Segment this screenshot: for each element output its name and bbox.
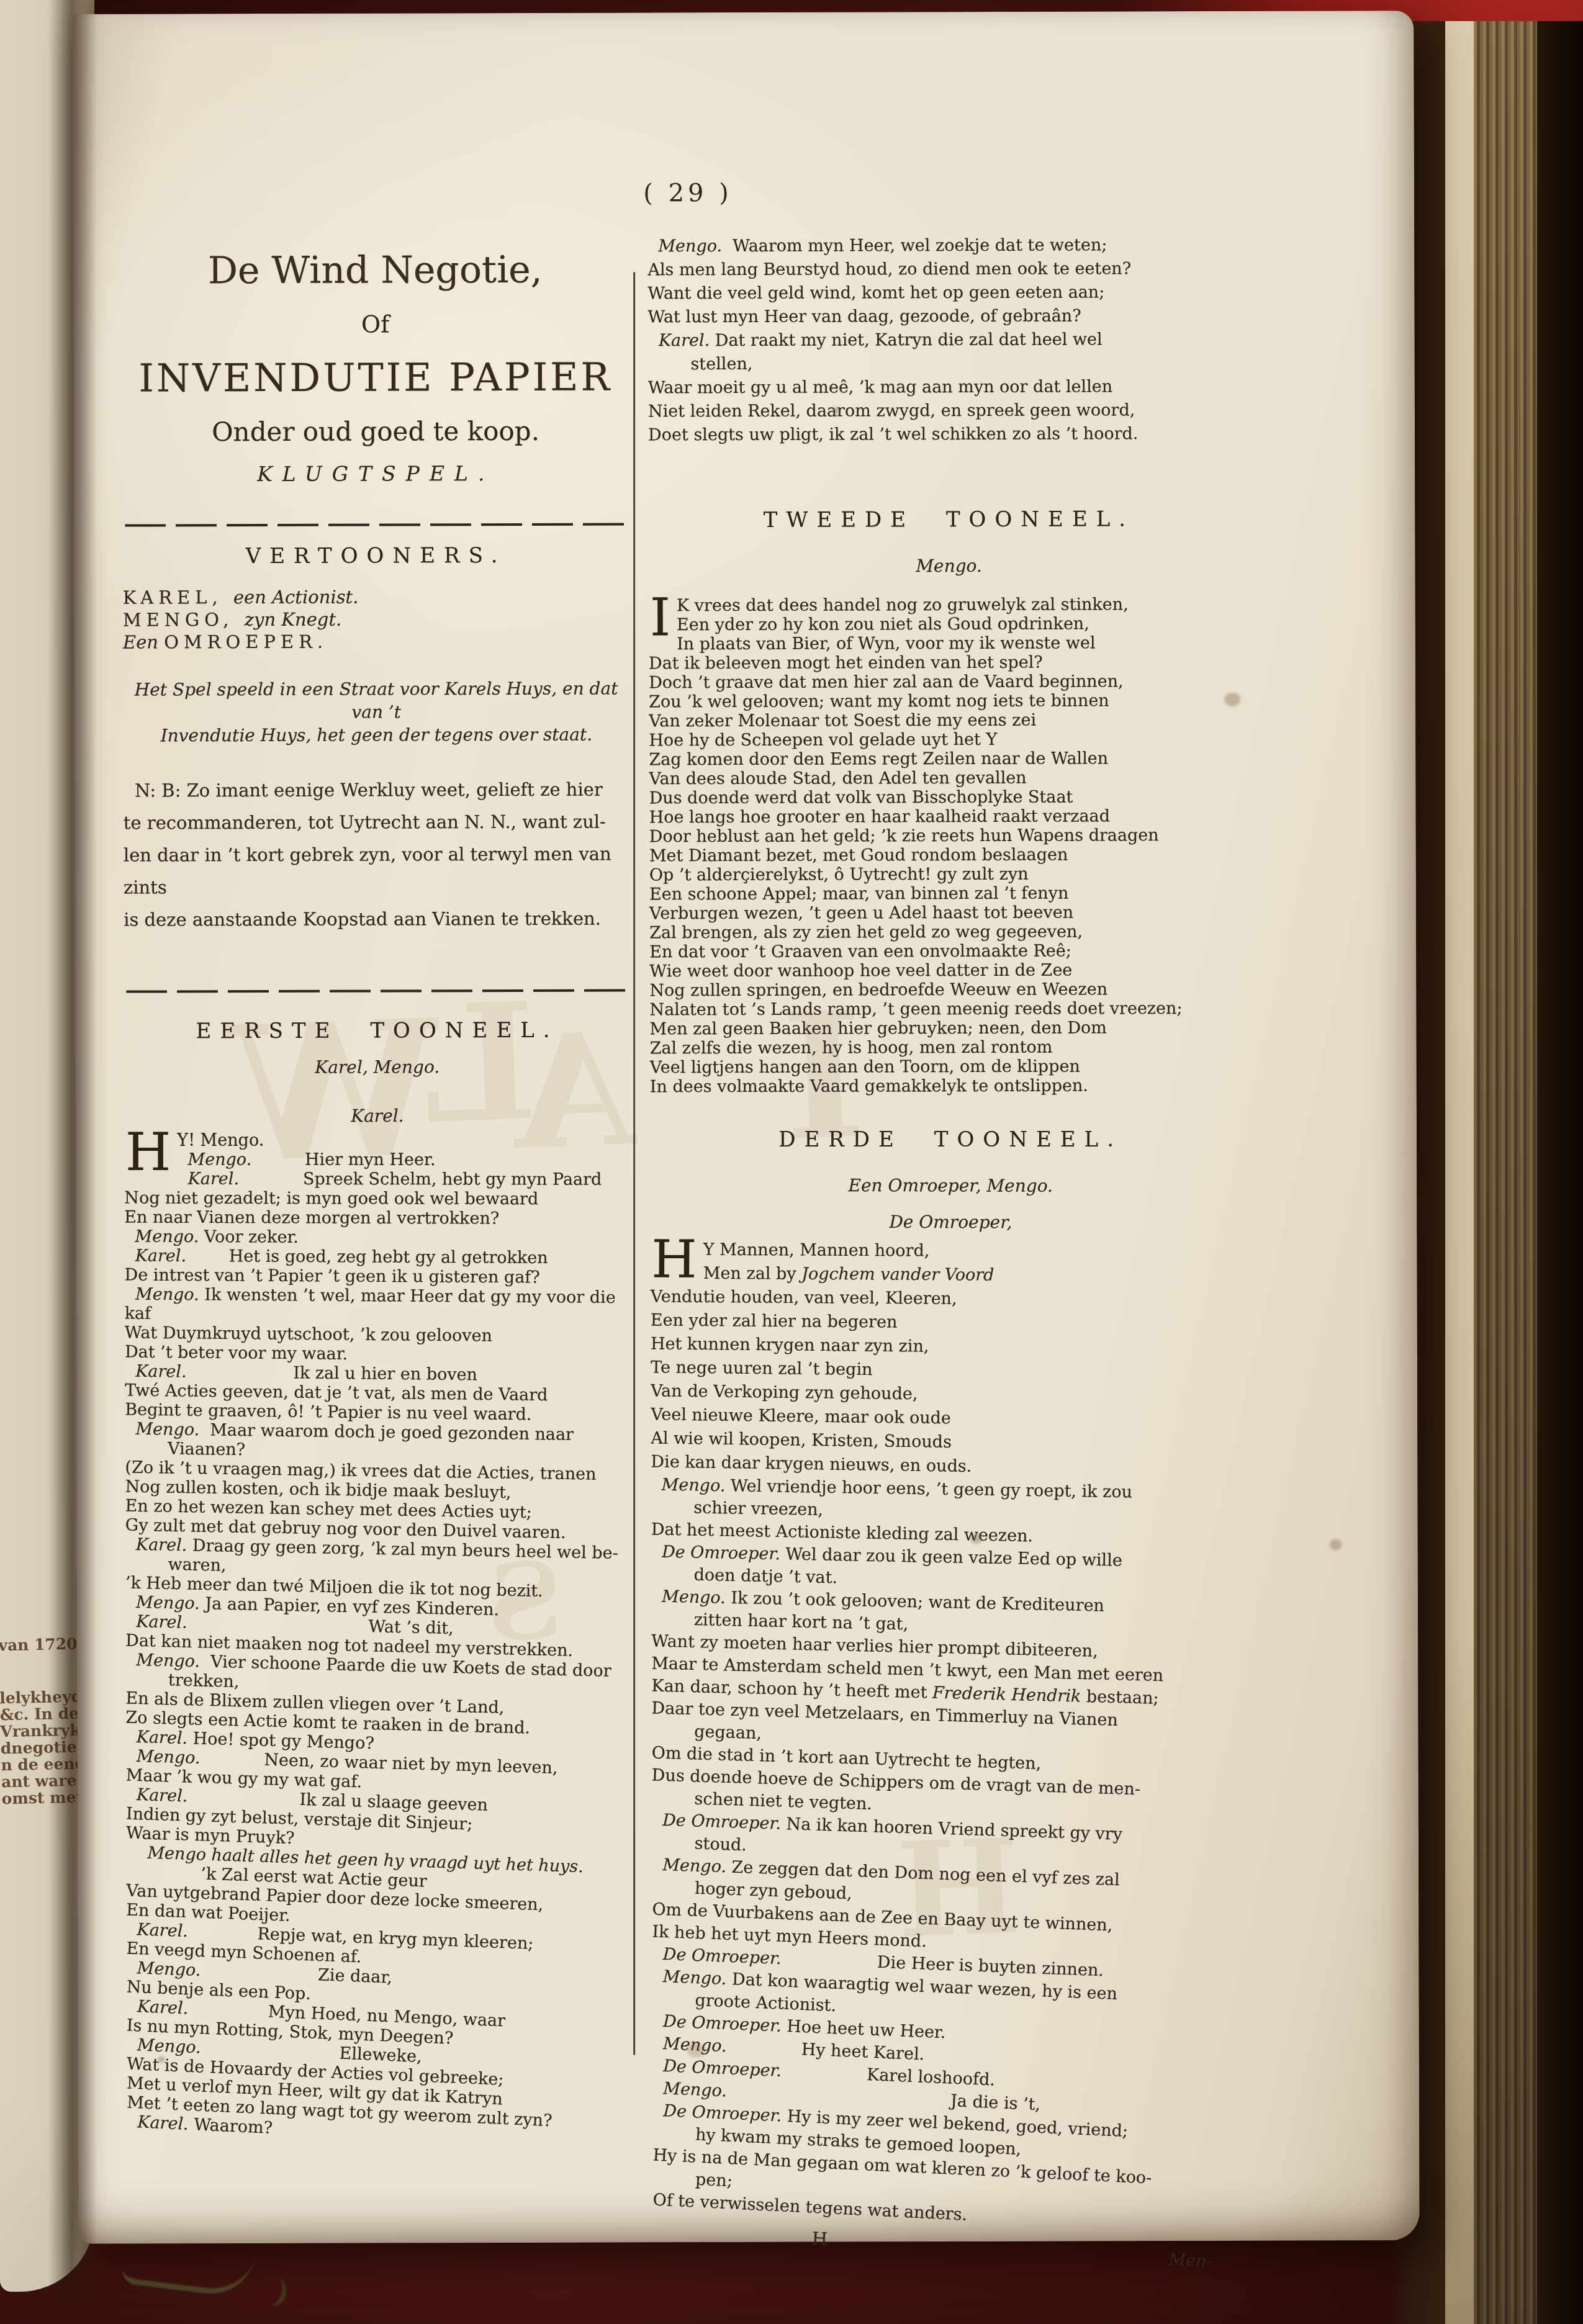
text-line: Van zeker Molenaar tot Soest die my eens… xyxy=(649,710,1250,731)
left-column: De Wind Negotie,OfINVENDUTIE PAPIEROnder… xyxy=(122,236,633,2131)
facing-fragment: ant waren xyxy=(1,1772,78,1791)
book-spread-photo: van 1720lelykheyd&c. In deVrankrykdnegot… xyxy=(0,0,1583,2324)
text-line: Nog zullen springen, en bedroefde Weeuw … xyxy=(649,980,1250,1001)
text-line: N: B: Zo imant eenige Werkluy weet, geli… xyxy=(124,773,630,806)
text-line: Men zal by Jogchem vander Voord xyxy=(651,1261,1252,1289)
fore-edge-dark-band xyxy=(1537,21,1583,2324)
text-line: Een schoone Appel; maar, van binnen zal … xyxy=(649,883,1250,904)
text-line: Vendutie houden, van veel, Kleeren, xyxy=(651,1285,1252,1313)
facing-fragment: Vrankryk xyxy=(0,1722,76,1741)
rule-divider xyxy=(126,989,628,993)
text-line: Karel, Mengo. xyxy=(124,1056,631,1078)
text-line: Door heblust aan het geld; ’k zie reets … xyxy=(649,826,1250,847)
text-line: IK vrees dat dees handel nog zo gruwelyk… xyxy=(649,595,1250,616)
facing-fragment: n de eene xyxy=(1,1755,77,1774)
text-line: Op ’t alderçierelykst, ô Uytrecht! gy zu… xyxy=(649,864,1250,885)
foxing-spot xyxy=(971,1534,982,1544)
text-line: Een Omroeper, Mengo. xyxy=(650,1174,1251,1197)
text-line: Mengo. Voor zeker. xyxy=(124,1227,631,1248)
text-line: is deze aanstaande Koopstad aan Vianen t… xyxy=(124,902,630,935)
text-line: Mengo. xyxy=(649,555,1250,578)
text-line: len daar in ’t kort gebrek zyn, voor al … xyxy=(124,837,630,903)
show-through-layer: WLAISH xyxy=(73,11,1414,14)
text-line: Verburgen wezen, ’t geen u Adel haast to… xyxy=(649,903,1250,924)
rule-divider xyxy=(125,523,626,527)
text-line: KLUGTSPEL. xyxy=(122,459,629,488)
text-line: Waar moeit gy u al meê, ’k mag aan myn o… xyxy=(648,375,1249,400)
text-line: Nalaten tot ’s Lands ramp, ’t geen meeni… xyxy=(649,999,1250,1020)
text-line: Van dees aloude Stad, den Adel ten geval… xyxy=(649,768,1250,789)
text-line: INVENDUTIE PAPIER xyxy=(122,353,629,402)
text-line: stellen, xyxy=(648,351,1249,377)
fore-edge-paper-band xyxy=(1445,21,1474,2324)
text-line: Karel. Spreek Schelm, hebt gy myn Paard xyxy=(124,1169,631,1189)
thread-on-cloth xyxy=(236,2263,292,2309)
text-line: MENGO, zyn Knegt. xyxy=(123,607,629,631)
text-line: Nog niet gezadelt; is myn goed ook wel b… xyxy=(124,1189,631,1209)
text-line: Karel. Dat raakt my niet, Katryn die zal… xyxy=(648,328,1249,353)
text-line: Dat ik beleeven mogt het einden van het … xyxy=(649,652,1250,673)
text-line: Mengo. Ik wensten ’t wel, maar Heer dat … xyxy=(125,1285,631,1327)
text-line: Hoe hy de Scheepen vol gelade uyt het Y xyxy=(649,729,1250,750)
text-line: Een OMROEPER. xyxy=(123,629,629,653)
main-page: WLAISH ( 29 ) De Wind Negotie,OfINVENDUT… xyxy=(73,11,1419,2244)
text-line: Want die veel geld wind, komt het op gee… xyxy=(647,281,1248,306)
text-line: Invendutie Huys, het geen der tegens ove… xyxy=(123,723,629,747)
facing-fragment: dnegotie. xyxy=(1,1739,77,1757)
text-line: In plaats van Bier, of Wyn, voor my ik w… xyxy=(649,633,1250,654)
text-line: HY Mannen, Mannen hoord, xyxy=(650,1238,1251,1264)
foxing-spot xyxy=(1330,1539,1342,1550)
text-line: De Wind Negotie, xyxy=(122,246,628,294)
text-line: HY! Mengo. xyxy=(124,1130,631,1150)
foxing-spot xyxy=(158,2056,165,2063)
text-line: De intrest van ’t Papier ’t geen ik u gi… xyxy=(125,1266,631,1288)
facing-fragment: &c. In de xyxy=(0,1705,76,1724)
text-line: Men zal geen Baaken hier gebruyken; neen… xyxy=(650,1018,1251,1039)
page-number: ( 29 ) xyxy=(607,179,769,208)
scene-heading: DERDE TOONEEL. xyxy=(650,1126,1251,1153)
drop-cap: I xyxy=(649,596,677,637)
text-line: Karel. xyxy=(124,1106,631,1127)
text-line: Doet slegts uw pligt, ik zal ’t wel schi… xyxy=(648,422,1249,448)
text-line: Zal brengen, als zy zien het geld zo weg… xyxy=(649,922,1250,943)
text-line: Niet leiden Rekel, daarom zwygd, en spre… xyxy=(648,399,1249,424)
text-line: Mengo. Hier myn Heer. xyxy=(124,1150,631,1170)
text-line: Hoe langs hoe grooter en haar kaalheid r… xyxy=(649,806,1250,827)
text-line: Karel. Het is goed, zeg hebt gy al getro… xyxy=(124,1246,631,1268)
text-line: KAREL, een Actionist. xyxy=(123,585,629,608)
text-line: Een yder zo hy kon zou niet als Goud opd… xyxy=(649,614,1250,635)
facing-fragment: omst met xyxy=(1,1789,78,1808)
text-line: Met Diamant bezet, met Goud rondom besla… xyxy=(649,845,1250,866)
right-column: Mengo. Waarom myn Heer, wel zoekje dat t… xyxy=(647,228,1253,2244)
text-line: In dees volmaakte Vaard gemakkelyk te on… xyxy=(650,1076,1251,1096)
text-line: En naar Vianen deze morgen al vertrokken… xyxy=(124,1208,631,1229)
text-line: Onder oud goed te koop. xyxy=(122,415,629,448)
text-line: Of xyxy=(122,309,629,339)
foxing-spot xyxy=(687,2042,705,2057)
column-divider xyxy=(633,272,635,2055)
scene-heading: VERTOONERS. xyxy=(123,541,629,570)
scene-heading: EERSTE TOONEEL. xyxy=(124,1016,631,1045)
text-line: De Omroeper, xyxy=(650,1210,1251,1234)
text-line: Als men lang Beurstyd houd, zo diend men… xyxy=(647,257,1248,282)
foxing-spot xyxy=(1224,693,1240,706)
text-line: Mengo. Waarom myn Heer, wel zoekje dat t… xyxy=(647,233,1248,259)
text-line: En dat voor ’t Graaven van een onvolmaak… xyxy=(649,941,1250,962)
text-line: te recommanderen, tot Uytrecht aan N. N.… xyxy=(124,805,630,839)
text-line: Zou ’k wel gelooven; want my komt nog ie… xyxy=(649,691,1250,712)
text-line: Het Spel speeld in een Straat voor Karel… xyxy=(123,677,629,724)
text-line: Dus doende werd dat volk van Bisschoplyk… xyxy=(649,787,1250,808)
scene-heading: TWEEDE TOONEEL. xyxy=(648,505,1249,534)
facing-fragment: lelykheyd xyxy=(0,1688,75,1707)
text-line: Veel ligtjens hangen aan den Toorn, om d… xyxy=(650,1056,1251,1078)
text-line: Zag komen door den Eems regt Zeilen naar… xyxy=(649,749,1250,770)
facing-page-fragments: van 1720lelykheyd&c. In deVrankrykdnegot… xyxy=(0,1636,78,1807)
text-line: Wie weet door wanhoop hoe veel datter in… xyxy=(649,960,1250,981)
facing-fragment: van 1720 xyxy=(0,1636,74,1654)
text-line: Doch ’t graave dat men hier zal aan de V… xyxy=(649,672,1250,693)
fore-edge-page-stack xyxy=(1474,21,1537,2324)
text-line: Wat lust myn Heer van daag, gezoode, of … xyxy=(648,304,1249,330)
foxing-spot xyxy=(832,407,841,415)
text-line: Zal zelfs die wezen, hy is hoog, men zal… xyxy=(650,1037,1251,1058)
